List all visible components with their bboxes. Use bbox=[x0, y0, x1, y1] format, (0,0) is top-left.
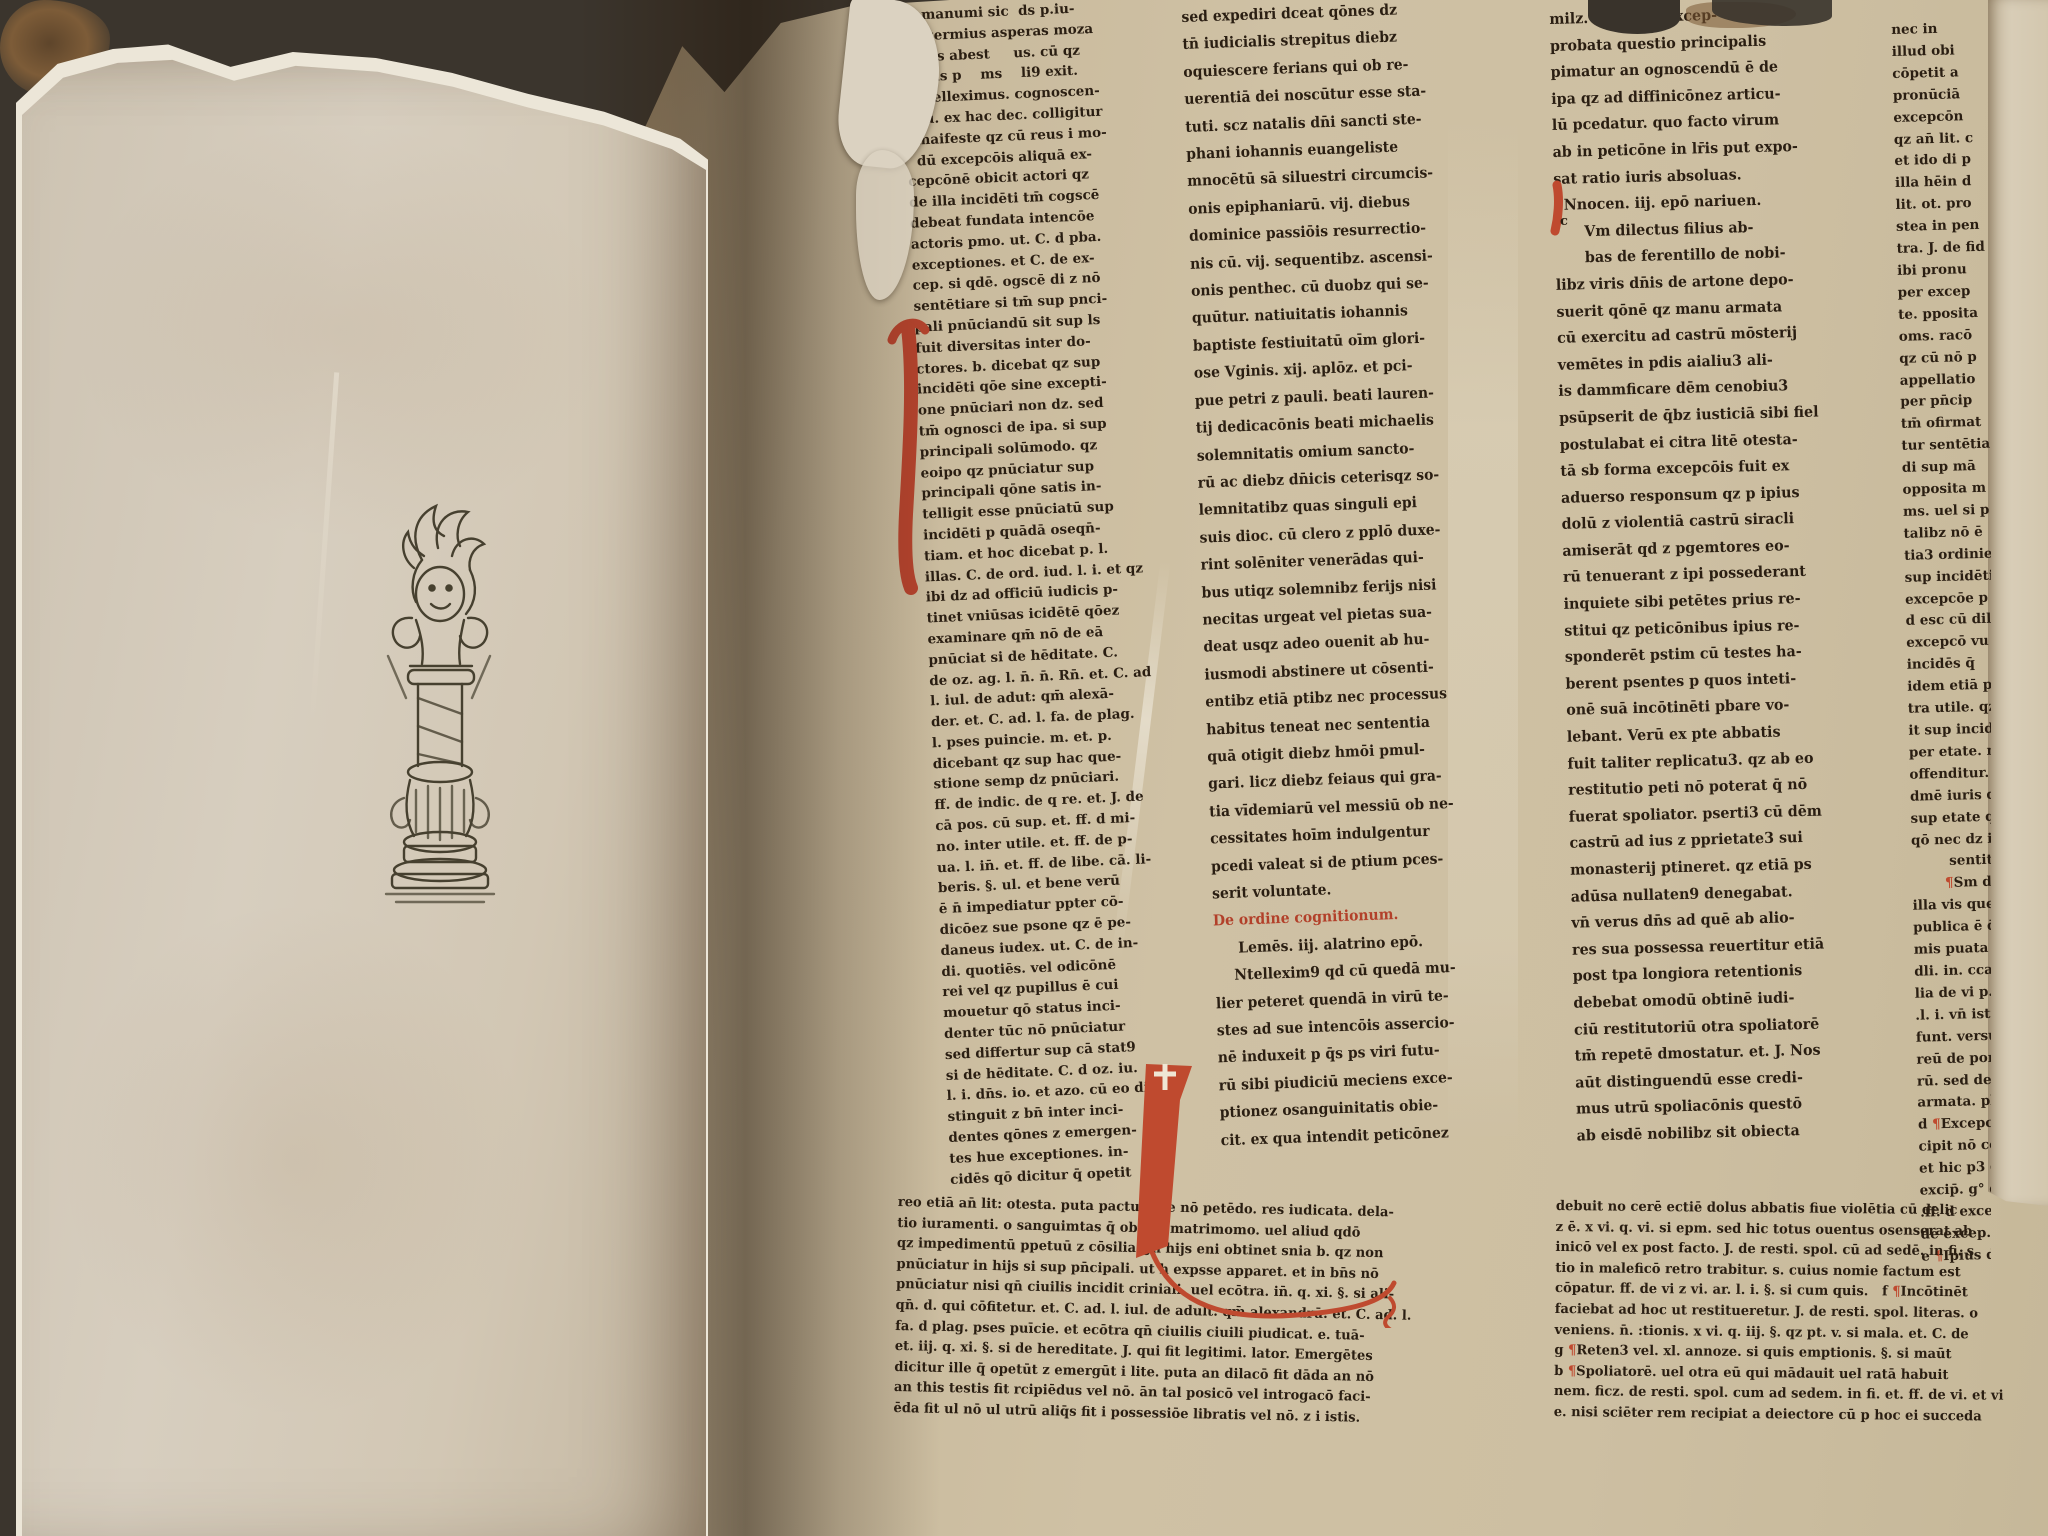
text-line: qz an̄ lit. c bbox=[1894, 126, 1991, 151]
text-line: dmē iuris q bbox=[1910, 783, 1991, 808]
text-column-4-clip: nec inillud obicōpetit apronūciāexcepcōn… bbox=[1891, 20, 1991, 1310]
next-leaf-edge bbox=[1988, 0, 2048, 1206]
text-column-4: nec inillud obicōpetit apronūciāexcepcōn… bbox=[1891, 20, 1991, 1268]
text-line: qz cū nō p bbox=[1899, 345, 1991, 370]
pilcrow-rubric: ¶ bbox=[1932, 1116, 1941, 1132]
text-line: excepcō vu bbox=[1906, 630, 1991, 655]
text-line: et ido di p bbox=[1894, 148, 1991, 173]
text-column-3: milz. qz excep-probata questio principal… bbox=[1549, 0, 1831, 1149]
text-line: opposita m bbox=[1902, 476, 1991, 501]
text-line: tra utile. qz bbox=[1908, 695, 1991, 720]
text-line: ibi pronu bbox=[1897, 257, 1991, 282]
text-line: it sup incidē bbox=[1908, 717, 1991, 742]
text-line: publica ē q̄ bbox=[1913, 914, 1991, 939]
text-line: per pn̄cip bbox=[1900, 389, 1991, 414]
text-line: tra. J. de fid bbox=[1896, 236, 1991, 261]
text-line: ms. uel si p bbox=[1903, 498, 1991, 523]
text-line: idem etiā p bbox=[1907, 674, 1991, 699]
text-line: per excep bbox=[1897, 279, 1991, 304]
text-line: sup etate qu bbox=[1910, 805, 1991, 830]
text-line: illa vis que bbox=[1912, 893, 1991, 918]
pilcrow-rubric: ¶ bbox=[1945, 875, 1954, 891]
text-line: excepcōn bbox=[1893, 104, 1991, 129]
pilcrow-rubric: ¶ bbox=[1892, 1284, 1901, 1300]
left-page bbox=[22, 48, 706, 1536]
text-line: dli. in. cca fi. bbox=[1914, 958, 1991, 983]
pilcrow-rubric: ¶ bbox=[1568, 1363, 1577, 1379]
text-line: .l. i. vn̄ isti p bbox=[1915, 1002, 1991, 1027]
column-margin-fold bbox=[1448, 120, 1518, 1140]
text-line: rū. sed de po. bbox=[1917, 1068, 1991, 1093]
text-line: lit. ot. pro bbox=[1895, 192, 1991, 217]
text-line: cipit nō cont bbox=[1918, 1133, 1991, 1158]
text-line: sentiti bbox=[1911, 849, 1991, 874]
text-line: sup incidēti bbox=[1904, 564, 1991, 589]
text-line: appellatio bbox=[1900, 367, 1991, 392]
text-line: cōpetit a bbox=[1892, 60, 1991, 85]
text-line: excip̄. g° q̄ ex bbox=[1919, 1177, 1991, 1202]
text-line: d esc cū dile bbox=[1905, 608, 1991, 633]
text-line: tia3 ordinie bbox=[1904, 542, 1991, 567]
text-line: reū de pomt bbox=[1916, 1046, 1991, 1071]
text-line: mis puata d bbox=[1913, 936, 1991, 961]
text-line: d ¶Excepcō bbox=[1918, 1112, 1991, 1137]
text-line: incidēs q̄ bbox=[1907, 652, 1991, 677]
text-line: tm̄ ofirmat bbox=[1901, 411, 1991, 436]
text-line: stea in pen bbox=[1896, 214, 1991, 239]
text-line: talibz nō ē bbox=[1903, 520, 1991, 545]
text-line: tur sentētia bbox=[1901, 433, 1991, 458]
text-column-1: ni manumi sic ds p.iu-ra. termius aspera… bbox=[901, 0, 1190, 1190]
bottom-right-block: debuit no cerē ectiē dolus abbatis fiue … bbox=[1554, 1196, 2041, 1428]
text-line: illud obi bbox=[1892, 38, 1991, 63]
text-line: pronūciā bbox=[1893, 82, 1991, 107]
text-line: excepcōe p bbox=[1905, 586, 1991, 611]
book-photo: ni manumi sic ds p.iu-ra. termius aspera… bbox=[0, 0, 2048, 1536]
text-line: illa hēin d bbox=[1895, 170, 1991, 195]
text-line: per etate. n bbox=[1909, 739, 1991, 764]
text-column-2: sed expediri dceat qōnes dztn̄ iudiciali… bbox=[1181, 0, 1455, 1154]
text-line: oms. racō bbox=[1898, 323, 1991, 348]
initial-guide-letter: c bbox=[1560, 214, 1568, 229]
text-line: di sup mā bbox=[1902, 455, 1991, 480]
column2-lower-lines: Lemēs. iij. alatrino epō. Ntellexim9 qd … bbox=[1214, 927, 1456, 1154]
text-line: funt. versue bbox=[1916, 1024, 1991, 1049]
text-line: lia de vi p. z. bbox=[1915, 980, 1991, 1005]
bottom-left-block: reo etiā an̄ lit: otesta. puta pactum de… bbox=[893, 1192, 1528, 1432]
text-line: ¶Sm dil bbox=[1912, 871, 1991, 896]
pilcrow-rubric: ¶ bbox=[1568, 1342, 1577, 1358]
text-line: nec in bbox=[1891, 20, 1991, 42]
text-line: armata. pb. bbox=[1917, 1090, 1991, 1115]
text-line: te. pposita bbox=[1898, 301, 1991, 326]
text-line: qō nec dz in bbox=[1911, 827, 1991, 852]
text-line: offenditur. bbox=[1909, 761, 1991, 786]
column2-upper-lines: sed expediri dceat qōnes dztn̄ iudiciali… bbox=[1181, 0, 1447, 908]
text-line: et hic p3 qz q bbox=[1919, 1155, 1991, 1180]
